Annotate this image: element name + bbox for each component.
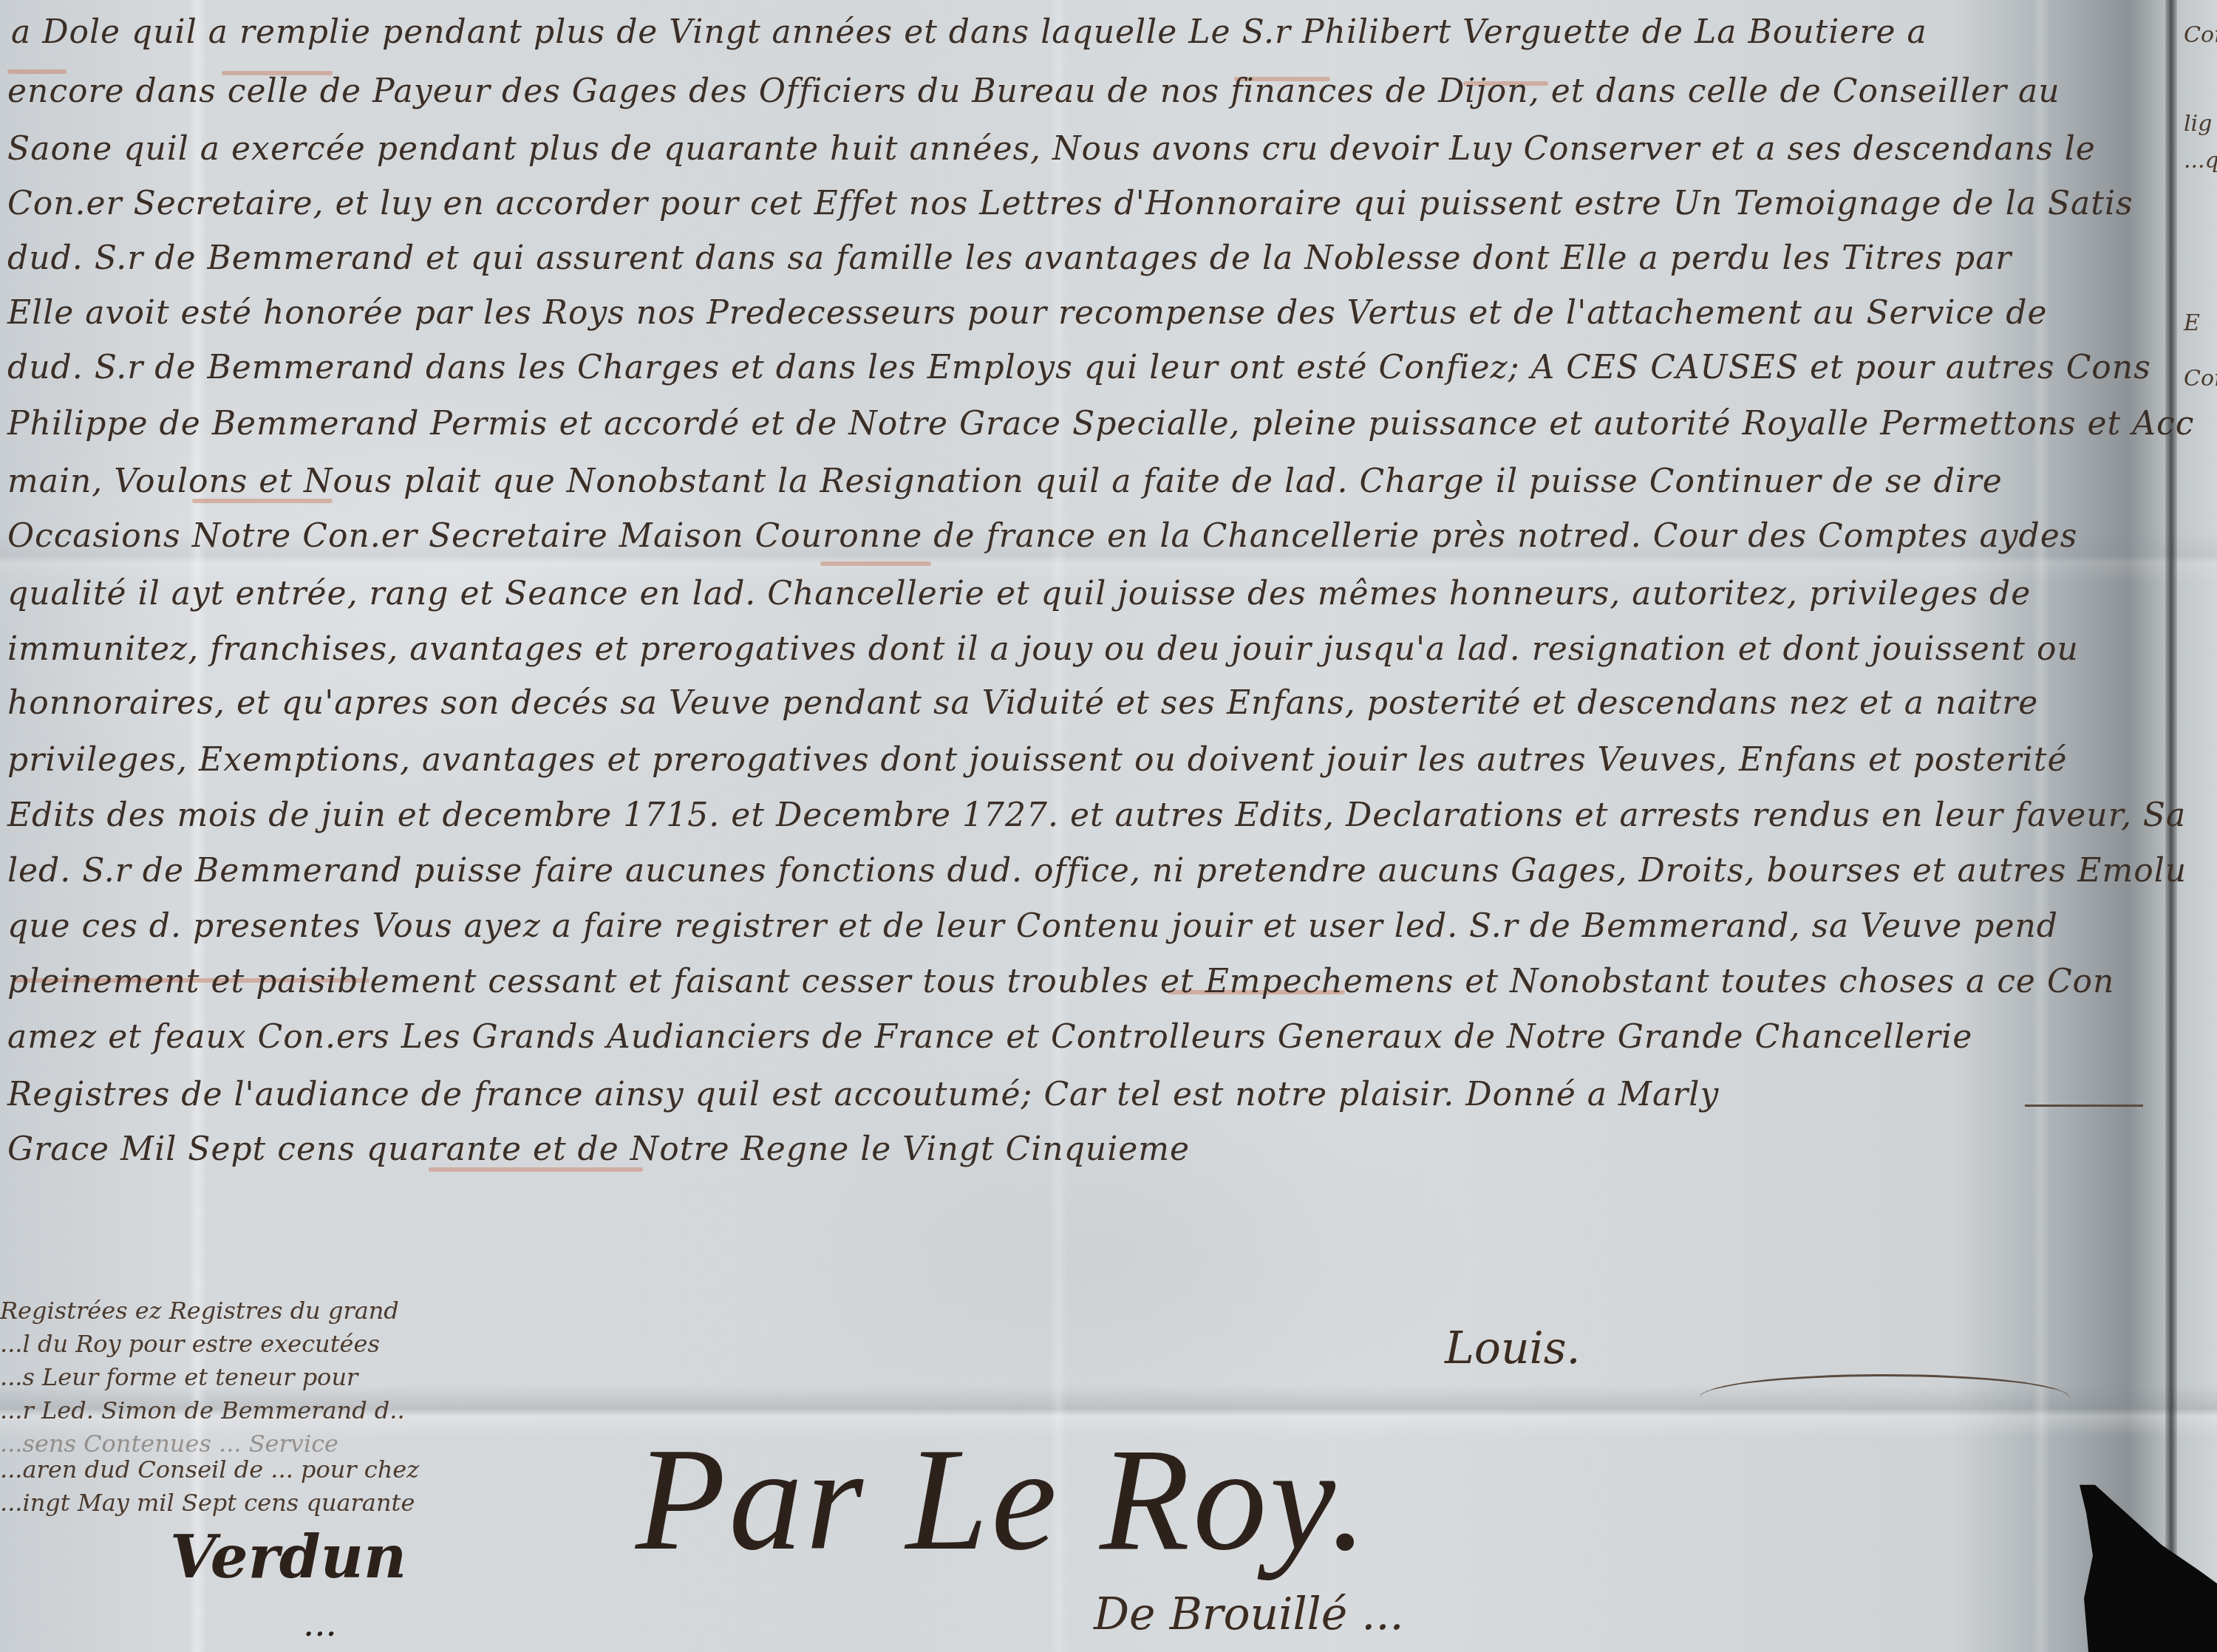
document-line-11: qualité il ayt entrée, rang et Seance en… <box>7 575 2031 612</box>
registration-note-line-3: ...s Leur forme et teneur pour <box>0 1363 358 1391</box>
line-filler-flourish <box>2025 1105 2143 1114</box>
secretary-countersignature: De Brouillé ... <box>1094 1588 1404 1640</box>
document-line-16: led. S.r de Bemmerand puisse faire aucun… <box>7 852 2187 890</box>
king-signature: Louis. <box>1445 1322 1581 1374</box>
registration-note-line-2: ...l du Roy pour estre executées <box>0 1330 380 1358</box>
document-line-1: a Dole quil a remplie pendant plus de Vi… <box>11 13 1927 51</box>
parchment-document: a Dole quil a remplie pendant plus de Vi… <box>0 0 2217 1652</box>
document-line-2: encore dans celle de Payeur des Gages de… <box>7 72 2060 110</box>
document-line-12: immunitez, franchises, avantages et prer… <box>7 630 2079 668</box>
document-line-3: Saone quil a exercée pendant plus de qua… <box>7 130 2096 168</box>
document-line-13: honnoraires, et qu'apres son decés sa Ve… <box>7 684 2038 722</box>
red-rubric-mark <box>820 562 931 566</box>
par-le-roy-formula: Par Le Roy. <box>636 1426 1370 1574</box>
document-line-21: Grace Mil Sept cens quarante et de Notre… <box>7 1130 1190 1168</box>
edge-fragment: Cons <box>2184 366 2217 392</box>
torn-corner <box>1995 1438 2217 1652</box>
registrar-signature: Verdun <box>170 1522 406 1591</box>
document-line-17: que ces d. presentes Vous ayez a faire r… <box>7 907 2058 945</box>
document-line-18: pleinement et paisiblement cessant et fa… <box>7 963 2114 1000</box>
document-line-20: Registres de l'audiance de france ainsy … <box>7 1076 1719 1113</box>
document-line-10: Occasions Notre Con.er Secretaire Maison… <box>7 517 2077 555</box>
registration-note-line-7: ...ingt May mil Sept cens quarante <box>0 1489 415 1517</box>
edge-fragment: ...q <box>2184 148 2217 174</box>
edge-fragment: Con <box>2184 22 2217 48</box>
registration-note-line-1: Registrées ez Registres du grand <box>0 1297 399 1325</box>
document-line-6: Elle avoit esté honorée par les Roys nos… <box>7 294 2047 332</box>
registration-note-line-6: ...aren dud Conseil de ... pour chez <box>0 1455 419 1484</box>
document-line-4: Con.er Secretaire, et luy en accorder po… <box>7 185 2133 222</box>
document-line-15: Edits des mois de juin et decembre 1715.… <box>7 796 2186 834</box>
edge-fragment: lig <box>2184 111 2212 137</box>
document-line-14: privileges, Exemptions, avantages et pre… <box>7 741 2067 779</box>
edge-fragment: E <box>2184 310 2200 336</box>
document-line-8: Philippe de Bemmerand Permis et accordé … <box>7 405 2194 443</box>
registration-note-line-4: ...r Led. Simon de Bemmerand d.. <box>0 1396 405 1424</box>
paraph-mark: ... <box>303 1603 337 1645</box>
document-line-5: dud. S.r de Bemmerand et qui assurent da… <box>7 239 2012 277</box>
signature-flourish <box>1700 1374 2069 1421</box>
document-line-9: main, Voulons et Nous plait que Nonobsta… <box>7 463 2003 500</box>
registration-note-line-5: ...sens Contenues ... Service <box>0 1430 338 1458</box>
document-line-7: dud. S.r de Bemmerand dans les Charges e… <box>7 349 2151 386</box>
document-line-19: amez et feaux Con.ers Les Grands Audianc… <box>7 1018 1972 1056</box>
